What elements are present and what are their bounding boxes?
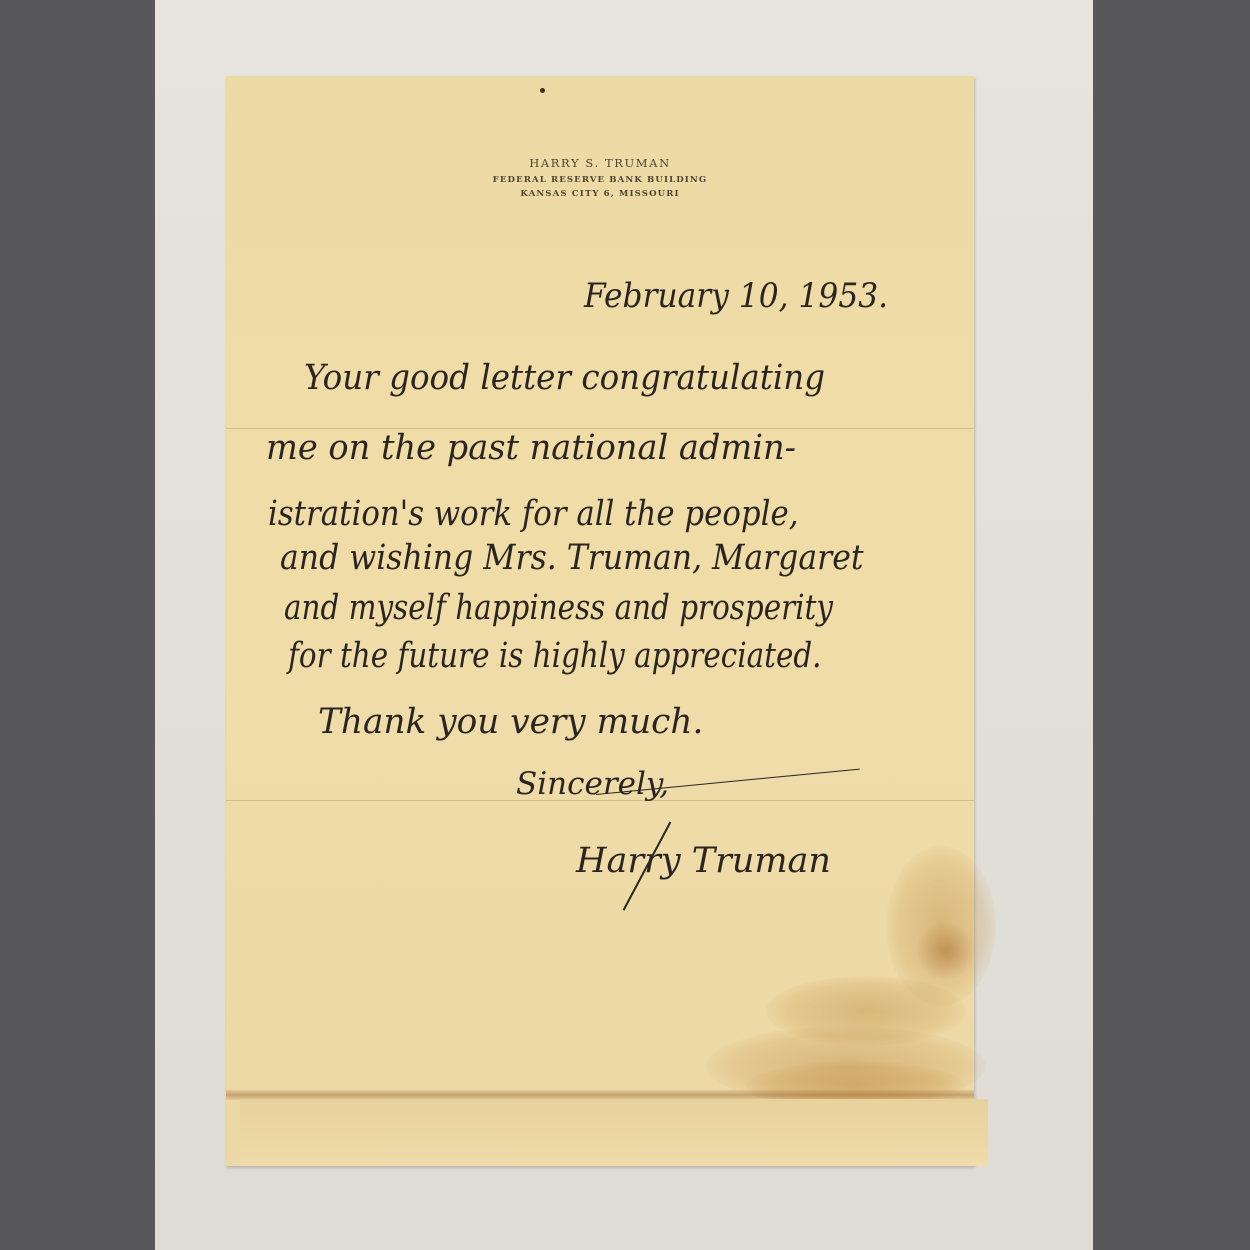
body-line: Your good letter congratulating [304,358,825,398]
letterhead-name: HARRY S. TRUMAN [226,156,974,170]
body-line: for the future is highly appreciated. [288,636,822,676]
water-stain [916,921,976,981]
letterhead: HARRY S. TRUMAN FEDERAL RESERVE BANK BUI… [226,156,974,203]
letterhead-address-line-1: FEDERAL RESERVE BANK BUILDING [226,175,974,185]
letter-date: February 10, 1953. [584,276,888,316]
letterhead-address-line-2: KANSAS CITY 6, MISSOURI [226,189,974,199]
body-line: me on the past national admin- [266,428,796,468]
body-line: and wishing Mrs. Truman, Margaret [280,538,863,578]
paper-speck [540,88,545,93]
body-line: and myself happiness and prosperity [284,588,833,628]
letter-paper: HARRY S. TRUMAN FEDERAL RESERVE BANK BUI… [226,76,974,1166]
paper-bottom-panel [240,1099,988,1166]
letter-closing: Sincerely, [516,766,669,802]
signature: Harry Truman [576,841,831,881]
body-line: Thank you very much. [318,702,703,742]
body-line: istration's work for all the people, [268,494,798,534]
